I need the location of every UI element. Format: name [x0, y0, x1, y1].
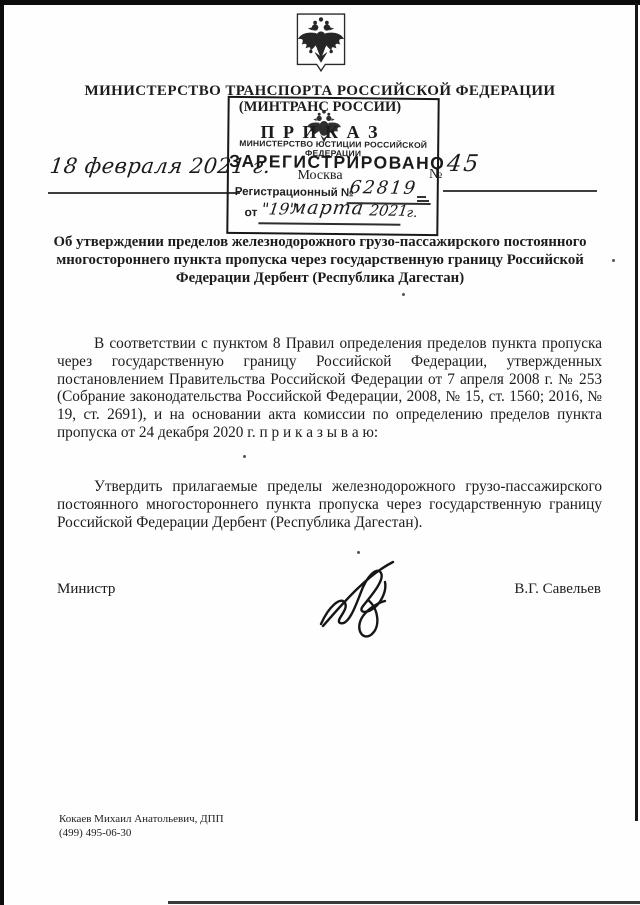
stamp-registered-label: ЗАРЕГИСТРИРОВАНО	[229, 151, 437, 174]
date-underline	[48, 192, 240, 194]
body-paragraph-2: Утвердить прилагаемые пределы железнодор…	[57, 478, 602, 531]
scan-speck	[402, 293, 405, 296]
body-paragraph-1: В соответствии с пунктом 8 Правил опреде…	[57, 335, 602, 442]
handwritten-order-number: 45	[445, 151, 481, 177]
justice-registration-stamp: МИНИСТЕРСТВО ЮСТИЦИИ РОССИЙСКОЙ ФЕДЕРАЦИ…	[226, 96, 439, 236]
contact-phone: (499) 495-06-30	[59, 826, 224, 840]
signer-title: Министр	[57, 581, 115, 598]
handwritten-reg-number: 62819	[348, 177, 418, 199]
scan-border-top	[0, 0, 640, 5]
signer-name: В.Г. Савельев	[440, 581, 601, 598]
handwritten-stamp-year: 2021	[368, 201, 409, 219]
handwritten-stamp-month: марта	[289, 197, 366, 220]
scan-speck	[612, 259, 615, 262]
stamp-date-underline	[258, 222, 400, 225]
stamp-date-prefix: от	[244, 205, 257, 219]
stamp-date-suffix: г.	[406, 206, 417, 221]
order-subject: Об утверждении пределов железнодорожного…	[40, 233, 600, 287]
contact-block: Кокаев Михаил Анатольевич, ДПП (499) 495…	[59, 812, 224, 840]
number-underline	[443, 190, 597, 192]
signature-scribble	[313, 550, 411, 648]
contact-name: Кокаев Михаил Анатольевич, ДПП	[59, 812, 224, 826]
scan-border-bottom	[168, 901, 640, 904]
scanned-order-document: МИНИСТЕРСТВО ТРАНСПОРТА РОССИЙСКОЙ ФЕДЕР…	[0, 0, 640, 905]
scan-speck	[243, 455, 246, 458]
coat-of-arms-icon	[294, 13, 348, 73]
